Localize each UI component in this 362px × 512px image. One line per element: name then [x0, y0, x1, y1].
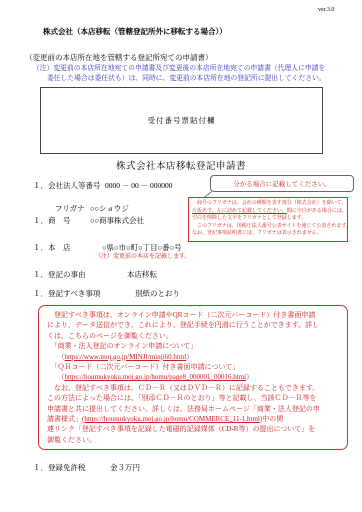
- qr-code-application-link[interactable]: https://houmukyoku.moj.go.jp/homu/page8_…: [65, 373, 247, 381]
- notice-line-6: 「ＱＲコード（二次元バーコード）付き書面申請について」: [47, 362, 339, 372]
- registration-matters-label: １．登記すべき事項: [33, 289, 100, 298]
- corporate-number-label: １．会社法人等番号: [33, 181, 101, 190]
- application-form-page: ver.3.0 株式会社（本店移転（管轄登記所外に移転する場合）） （変更前の本…: [0, 0, 362, 512]
- corporate-number-callout-text: 分かる場合に記載してください。: [233, 179, 331, 188]
- notice-line-3: くは、こちらのページを御覧ください。: [47, 331, 339, 341]
- trade-name-label: １．商 号: [33, 216, 71, 225]
- notice-line-1: 登記すべき事項は、オンライン申請やQRコード（二次元バーコード）付き書面申請: [47, 310, 339, 320]
- commerce-form-link[interactable]: https://houmukyoku.moj.go.jp/homu/COMMER…: [84, 415, 260, 423]
- notice-line-10: 申請書と共に提出してください。詳しくは、法務局ホームページ「商業・法人登記の申: [47, 404, 339, 414]
- registration-reason-value: 本店移転: [127, 270, 157, 279]
- license-tax-value: 金３万円: [110, 463, 140, 472]
- furigana-note-line2: 片仮名で、左に詰めて記載してください。間に空白がある場合には、: [192, 208, 344, 216]
- receipt-number-box-label: 受付番号票貼付欄: [148, 115, 216, 126]
- registration-reason-label: １．登記の事由: [33, 270, 86, 279]
- registration-matters-value: 別紙のとおり: [135, 289, 180, 298]
- notice-line-4: 「商業・法人登記のオンライン申請について」: [47, 341, 339, 351]
- notice-line-11: 請書様式」(https://houmukyoku.moj.go.jp/homu/…: [47, 414, 339, 424]
- notice-line-9: この方法によった場合には、「別添ＣＤ－Ｒのとおり」等と記載し、当該ＣＤ－Ｒ等を: [47, 393, 339, 403]
- corporate-number-value: 0000 － 00 － 000000: [105, 181, 173, 190]
- submission-note-line1: （注）変更前の本店所在地宛ての申請書及び変更後の本店所在地宛ての申請書（代理人に…: [33, 64, 325, 74]
- corporate-number-callout: 分かる場合に記載してください。: [210, 175, 354, 192]
- online-application-link[interactable]: https://www.moj.go.jp/MINJI/minji60.html: [65, 353, 187, 361]
- version-label: ver.3.0: [318, 7, 334, 14]
- license-tax-label: １．登録免許税: [33, 463, 86, 472]
- notice-line-13: 御覧ください。: [47, 435, 339, 445]
- notice-line-5: （https://www.moj.go.jp/MINJI/minji60.htm…: [47, 352, 339, 362]
- form-subheading: （変更前の本店所在地を管轄する登記所宛ての申請書）: [25, 53, 213, 62]
- notice-line-8: なお、登記すべき事項は、ＣＤ－Ｒ（又はＤＶＤ－Ｒ）に記録することもできます。: [47, 383, 339, 393]
- furigana-label: フリガナ: [55, 204, 85, 213]
- notice-line-12: 連リンク「登記すべき事項を記録した電磁的記録媒体（CD-R等）の提出について」を: [47, 424, 339, 434]
- head-office-label: １．本 店: [33, 243, 71, 252]
- head-office-note: （注）変更前の本店を記載します。: [95, 254, 191, 261]
- notice-line-2: により、データ送信ができ、これにより、登記手続を円滑に行うことができます。詳し: [47, 320, 339, 330]
- notice-line-7: （https://houmukyoku.moj.go.jp/homu/page8…: [47, 372, 339, 382]
- registration-matters-notice-box: 登記すべき事項は、オンライン申請やQRコード（二次元バーコード）付き書面申請 に…: [38, 305, 348, 450]
- submission-note-line2: 委任した場合は委任状も）は、同時に、変更前の本店所在地の登記所に提出してください…: [47, 74, 326, 84]
- head-office-value: ○県○市○町○丁目○番○号: [102, 243, 182, 252]
- furigana-note-line1: 商号のフリガナは、会社の種類を表す部分（株式会社）を除いて、: [192, 200, 344, 208]
- furigana-note-box: 商号のフリガナは、会社の種類を表す部分（株式会社）を除いて、 片仮名で、左に詰め…: [188, 197, 348, 242]
- furigana-note-line4: このフリガナは、国税庁法人番号公表サイトを通じて公表されます。: [192, 223, 344, 231]
- furigana-note-line5: なお、登記事項証明書には、フリガナは表示されません。: [192, 230, 344, 238]
- trade-name-value: ○○商事株式会社: [90, 216, 144, 225]
- page-title: 株式会社本店移転登記申請書: [0, 158, 362, 172]
- receipt-number-box: 受付番号票貼付欄: [40, 87, 323, 154]
- form-heading: 株式会社（本店移転（管轄登記所外に移転する場合））: [43, 27, 227, 36]
- furigana-value: ○○ショウジ: [90, 204, 129, 213]
- furigana-note-line3: 空白を削除した文字をフリガナとして登録します。: [192, 215, 344, 223]
